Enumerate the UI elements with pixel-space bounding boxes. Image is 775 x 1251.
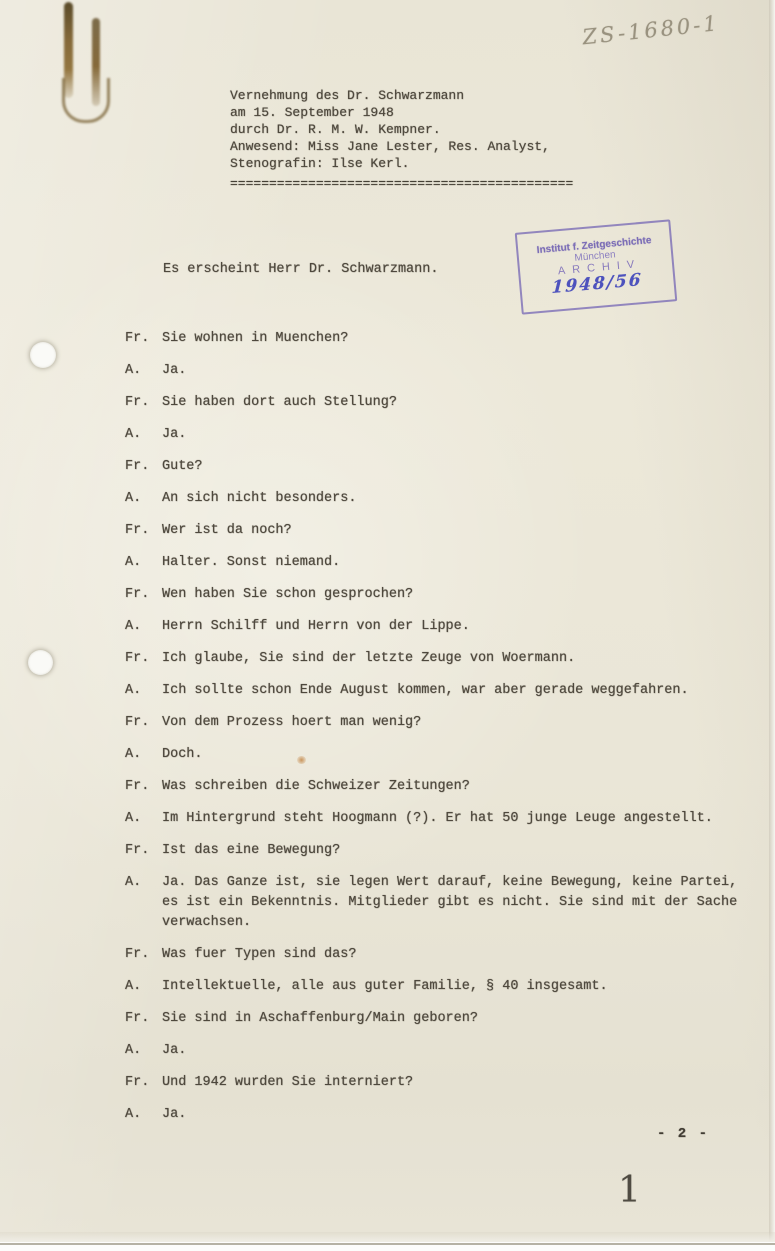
qa-speaker: Fr. (125, 841, 162, 861)
qa-speaker: A. (125, 681, 162, 701)
qa-row: Fr.Gute? (125, 457, 757, 477)
header-line-interrogator: durch Dr. R. M. W. Kempner. (230, 121, 573, 138)
qa-row: Fr.Ist das eine Bewegung? (125, 841, 757, 861)
qa-row: Fr.Wen haben Sie schon gesprochen? (125, 585, 757, 605)
header-line-stenographer: Stenografin: Ilse Kerl. (230, 155, 573, 172)
qa-speaker: Fr. (125, 585, 162, 605)
qa-text: Ich sollte schon Ende August kommen, war… (162, 681, 757, 701)
qa-text: Ist das eine Bewegung? (162, 841, 757, 861)
qa-row: Fr.Ich glaube, Sie sind der letzte Zeuge… (125, 649, 757, 669)
qa-row: Fr.Und 1942 wurden Sie interniert? (125, 1073, 757, 1093)
rust-fastener-mark (52, 0, 116, 128)
qa-text: Und 1942 wurden Sie interniert? (162, 1073, 757, 1093)
archive-stamp: Institut f. Zeitgeschichte München ARCHI… (515, 219, 678, 314)
qa-speaker: A. (125, 745, 162, 765)
qa-speaker: Fr. (125, 1073, 162, 1093)
qa-speaker: Fr. (125, 945, 162, 965)
qa-speaker: Fr. (125, 777, 162, 797)
qa-text: Ja. (162, 1105, 757, 1125)
qa-text: Doch. (162, 745, 757, 765)
qa-text: Sie sind in Aschaffenburg/Main geboren? (162, 1009, 757, 1029)
qa-speaker: A. (125, 617, 162, 637)
qa-text: Ja. (162, 361, 757, 381)
qa-row: A.An sich nicht besonders. (125, 489, 757, 509)
qa-text: Gute? (162, 457, 757, 477)
qa-speaker: A. (125, 977, 162, 997)
qa-speaker: A. (125, 809, 162, 829)
qa-row: Fr.Sie sind in Aschaffenburg/Main gebore… (125, 1009, 757, 1029)
qa-text: Von dem Prozess hoert man wenig? (162, 713, 757, 733)
header-line-title: Vernehmung des Dr. Schwarzmann (230, 87, 573, 104)
qa-text: Wer ist da noch? (162, 521, 757, 541)
document-header: Vernehmung des Dr. Schwarzmann am 15. Se… (230, 87, 573, 192)
qa-row: A.Ja. (125, 361, 757, 381)
qa-speaker: Fr. (125, 393, 162, 413)
paper-right-edge (769, 0, 775, 1242)
header-separator: ========================================… (230, 175, 573, 192)
qa-speaker: Fr. (125, 329, 162, 349)
qa-speaker: Fr. (125, 457, 162, 477)
qa-text: Halter. Sonst niemand. (162, 553, 757, 573)
qa-row: A.Im Hintergrund steht Hoogmann (?). Er … (125, 809, 757, 829)
qa-speaker: Fr. (125, 521, 162, 541)
qa-speaker: A. (125, 1105, 162, 1125)
qa-row: Fr.Was fuer Typen sind das? (125, 945, 757, 965)
qa-speaker: A. (125, 489, 162, 509)
qa-row: A.Ich sollte schon Ende August kommen, w… (125, 681, 757, 701)
paper-bottom-edge (0, 1232, 775, 1242)
hole-punch-bottom (28, 650, 53, 675)
qa-speaker: A. (125, 873, 162, 933)
qa-text: Wen haben Sie schon gesprochen? (162, 585, 757, 605)
archival-note-pencil: ZS-1680-1 (581, 7, 763, 50)
qa-speaker: Fr. (125, 1009, 162, 1029)
qa-row: A.Ja. (125, 425, 757, 445)
qa-text: Im Hintergrund steht Hoogmann (?). Er ha… (162, 809, 757, 829)
intro-line: Es erscheint Herr Dr. Schwarzmann. (163, 262, 438, 277)
qa-text: Was schreiben die Schweizer Zeitungen? (162, 777, 757, 797)
scan-bottom-line (0, 1243, 775, 1245)
qa-text: Ja. Das Ganze ist, sie legen Wert darauf… (162, 873, 757, 933)
qa-speaker: A. (125, 553, 162, 573)
qa-text: Herrn Schilff und Herrn von der Lippe. (162, 617, 757, 637)
qa-row: A.Doch. (125, 745, 757, 765)
qa-speaker: A. (125, 361, 162, 381)
qa-row: Fr.Sie wohnen in Muenchen? (125, 329, 757, 349)
qa-row: Fr.Von dem Prozess hoert man wenig? (125, 713, 757, 733)
qa-row: Fr.Was schreiben die Schweizer Zeitungen… (125, 777, 757, 797)
qa-text: Ja. (162, 1041, 757, 1061)
document-page: ZS-1680-1 Vernehmung des Dr. Schwarzmann… (0, 0, 775, 1242)
qa-text: Sie haben dort auch Stellung? (162, 393, 757, 413)
qa-text: Was fuer Typen sind das? (162, 945, 757, 965)
qa-speaker: Fr. (125, 649, 162, 669)
qa-text: Intellektuelle, alle aus guter Familie, … (162, 977, 757, 997)
qa-text: An sich nicht besonders. (162, 489, 757, 509)
qa-row: Fr.Sie haben dort auch Stellung? (125, 393, 757, 413)
header-line-present: Anwesend: Miss Jane Lester, Res. Analyst… (230, 138, 573, 155)
qa-row: A.Ja. Das Ganze ist, sie legen Wert dara… (125, 873, 757, 933)
qa-speaker: A. (125, 425, 162, 445)
qa-speaker: A. (125, 1041, 162, 1061)
hole-punch-top (30, 342, 56, 368)
header-line-date: am 15. September 1948 (230, 104, 573, 121)
qa-text: Ich glaube, Sie sind der letzte Zeuge vo… (162, 649, 757, 669)
qa-row: A.Halter. Sonst niemand. (125, 553, 757, 573)
next-page-marker: - 2 - (657, 1126, 709, 1142)
qa-transcript: Fr.Sie wohnen in Muenchen? A.Ja. Fr.Sie … (125, 329, 757, 1137)
qa-row: A.Ja. (125, 1105, 757, 1125)
qa-row: Fr.Wer ist da noch? (125, 521, 757, 541)
qa-row: A.Herrn Schilff und Herrn von der Lippe. (125, 617, 757, 637)
qa-speaker: Fr. (125, 713, 162, 733)
qa-row: A.Ja. (125, 1041, 757, 1061)
qa-text: Sie wohnen in Muenchen? (162, 329, 757, 349)
page-number: 1 (618, 1170, 641, 1211)
qa-row: A.Intellektuelle, alle aus guter Familie… (125, 977, 757, 997)
qa-text: Ja. (162, 425, 757, 445)
